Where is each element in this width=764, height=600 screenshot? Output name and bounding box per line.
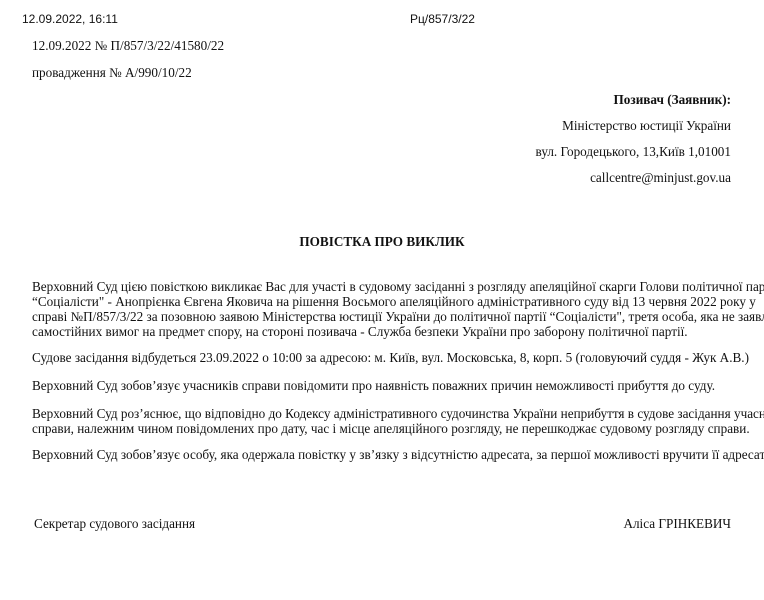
paragraph-summons: Верховний Суд цією повісткою викликає Ва… (32, 279, 733, 339)
proceeding-number: провадження № А/990/10/22 (32, 65, 192, 81)
paragraph-line: “Соціалісти" - Анопрієнка Євгена Яковича… (32, 294, 733, 309)
paragraph-notify: Верховний Суд зобов’язує учасників справ… (32, 378, 733, 393)
print-datetime: 12.09.2022, 16:11 (22, 12, 118, 26)
paragraph-line: самостійних вимог на предмет спору, на с… (32, 324, 733, 339)
addressee-address: вул. Городецького, 13,Київ 1,01001 (536, 144, 731, 160)
paragraph-delivery: Верховний Суд зобов’язує особу, яка одер… (32, 447, 733, 462)
paragraph-line: Верховний Суд роз’яснює, що відповідно д… (32, 406, 733, 421)
outgoing-number: 12.09.2022 № П/857/3/22/41580/22 (32, 38, 224, 54)
addressee-role: Позивач (Заявник): (614, 92, 731, 108)
paragraph-hearing: Судове засідання відбудеться 23.09.2022 … (32, 350, 733, 365)
paragraph-line: справи, належним чином повідомлених про … (32, 421, 733, 436)
paragraph-explanation: Верховний Суд роз’яснює, що відповідно д… (32, 406, 733, 436)
paragraph-line: справі №П/857/3/22 за позовною заявою Мі… (32, 309, 733, 324)
signatory-name: Аліса ГРІНКЕВИЧ (623, 516, 731, 532)
paragraph-line: Верховний Суд цією повісткою викликає Ва… (32, 279, 733, 294)
addressee-email: callcentre@minjust.gov.ua (590, 170, 731, 186)
print-case-reference: Рц/857/3/22 (410, 12, 475, 26)
document-title: ПОВІСТКА ПРО ВИКЛИК (0, 234, 764, 250)
addressee-name: Міністерство юстиції України (562, 118, 731, 134)
notify-obligation: Верховний Суд зобов’язує учасників справ… (32, 378, 733, 393)
hearing-details: Судове засідання відбудеться 23.09.2022 … (32, 350, 733, 365)
delivery-obligation: Верховний Суд зобов’язує особу, яка одер… (32, 447, 733, 462)
signatory-position: Секретар судового засідання (34, 516, 195, 532)
